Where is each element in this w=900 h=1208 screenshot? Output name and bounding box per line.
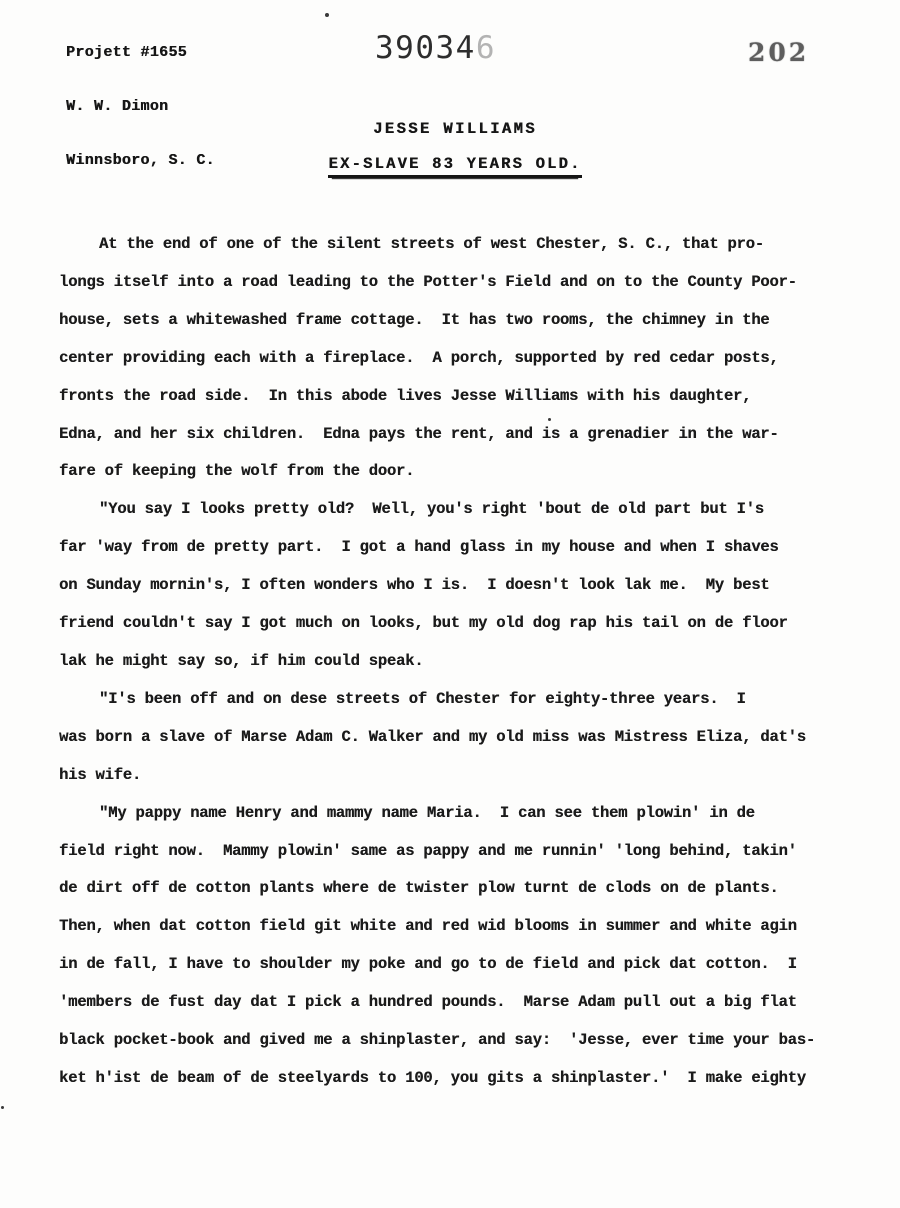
text-line: At the end of one of the silent streets …	[59, 226, 859, 264]
text-line: 'members de fust day dat I pick a hundre…	[59, 984, 859, 1022]
text-line: in de fall, I have to shoulder my poke a…	[59, 946, 859, 984]
text-line: fare of keeping the wolf from the door.	[59, 453, 859, 491]
page-number-stamp: 202	[748, 40, 809, 66]
text-line: friend couldn't say I got much on looks,…	[59, 605, 859, 643]
text-line: de dirt off de cotton plants where de tw…	[59, 870, 859, 908]
document-number-main: 39034	[375, 30, 476, 66]
document-number-faint-digit: 6	[476, 30, 496, 66]
text-line: his wife.	[59, 757, 859, 795]
ink-speck	[1, 1106, 4, 1109]
text-line: fronts the road side. In this abode live…	[59, 378, 859, 416]
text-line: "My pappy name Henry and mammy name Mari…	[59, 795, 859, 833]
header-block: Projett #1655 W. W. Dimon Winnsboro, S. …	[66, 8, 215, 206]
text-line: Edna, and her six children. Edna pays th…	[59, 416, 859, 454]
document-subtitle-text: EX-SLAVE 83 YEARS OLD.	[328, 155, 581, 178]
document-body: At the end of one of the silent streets …	[59, 226, 859, 1098]
text-line: Then, when dat cotton field git white an…	[59, 908, 859, 946]
text-line: was born a slave of Marse Adam C. Walker…	[59, 719, 859, 757]
document-page: Projett #1655 W. W. Dimon Winnsboro, S. …	[0, 0, 900, 1208]
ink-speck	[548, 418, 551, 421]
text-line: lak he might say so, if him could speak.	[59, 643, 859, 681]
text-line: far 'way from de pretty part. I got a ha…	[59, 529, 859, 567]
document-subtitle: EX-SLAVE 83 YEARS OLD.	[59, 155, 851, 173]
text-line: "You say I looks pretty old? Well, you's…	[59, 491, 859, 529]
text-line: longs itself into a road leading to the …	[59, 264, 859, 302]
text-line: house, sets a whitewashed frame cottage.…	[59, 302, 859, 340]
document-title: JESSE WILLIAMS	[59, 120, 851, 138]
document-number-stamp: 390346	[375, 33, 496, 64]
project-line: Projett #1655	[66, 44, 215, 62]
text-line: on Sunday mornin's, I often wonders who …	[59, 567, 859, 605]
author-line: W. W. Dimon	[66, 98, 215, 116]
text-line: black pocket-book and gived me a shinpla…	[59, 1022, 859, 1060]
text-line: center providing each with a fireplace. …	[59, 340, 859, 378]
text-line: "I's been off and on dese streets of Che…	[59, 681, 859, 719]
text-line: ket h'ist de beam of de steelyards to 10…	[59, 1060, 859, 1098]
title-block: JESSE WILLIAMS EX-SLAVE 83 YEARS OLD.	[59, 120, 851, 173]
text-line: field right now. Mammy plowin' same as p…	[59, 833, 859, 871]
ink-speck	[325, 13, 329, 17]
